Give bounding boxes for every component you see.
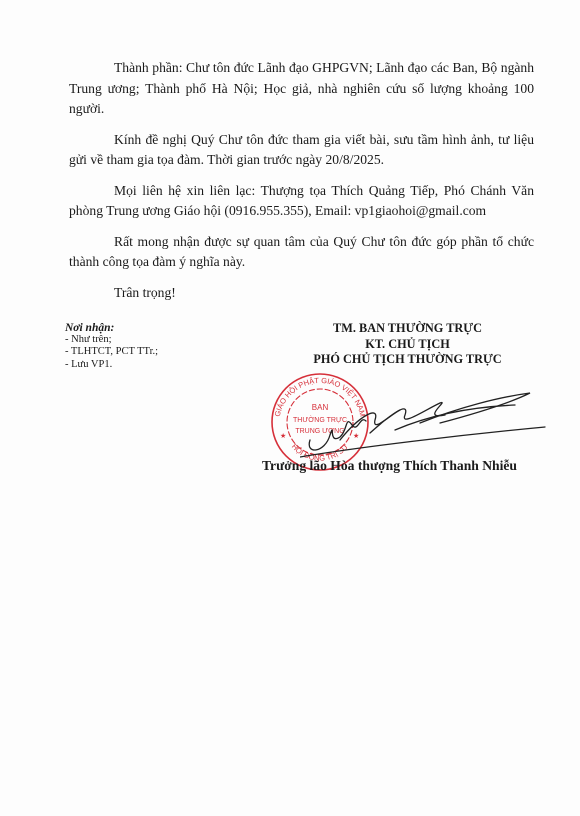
sig-title-line-1: TM. BAN THƯỜNG TRỰC [290,321,525,337]
recipients-heading: Nơi nhận: [65,322,158,334]
document-page: Thành phần: Chư tôn đức Lãnh đạo GHPGVN;… [0,0,580,816]
signature-title-block: TM. BAN THƯỜNG TRỰC KT. CHỦ TỊCH PHÓ CHỦ… [290,321,525,368]
sig-title-line-3: PHÓ CHỦ TỊCH THƯỜNG TRỰC [290,352,525,368]
paragraph-closing: Rất mong nhận được sự quan tâm của Quý C… [69,232,534,273]
paragraph-regards: Trân trọng! [69,283,534,304]
paragraph-participants: Thành phần: Chư tôn đức Lãnh đạo GHPGVN;… [69,58,534,120]
recipient-item: - Như trên; [65,334,158,346]
paragraph-request: Kính đề nghị Quý Chư tôn đức tham gia vi… [69,130,534,171]
recipient-item: - Lưu VP1. [65,359,158,371]
signer-name: Trưởng lão Hòa thượng Thích Thanh Nhiễu [262,458,542,474]
sig-title-line-2: KT. CHỦ TỊCH [290,337,525,353]
svg-text:★: ★ [280,432,286,440]
document-body: Thành phần: Chư tôn đức Lãnh đạo GHPGVN;… [69,58,534,313]
recipient-item: - TLHTCT, PCT TTr.; [65,346,158,358]
paragraph-contact: Mọi liên hệ xin liên lạc: Thượng tọa Thí… [69,181,534,222]
handwritten-signature-icon [300,385,550,465]
recipients-list: Nơi nhận: - Như trên; - TLHTCT, PCT TTr.… [65,322,158,371]
